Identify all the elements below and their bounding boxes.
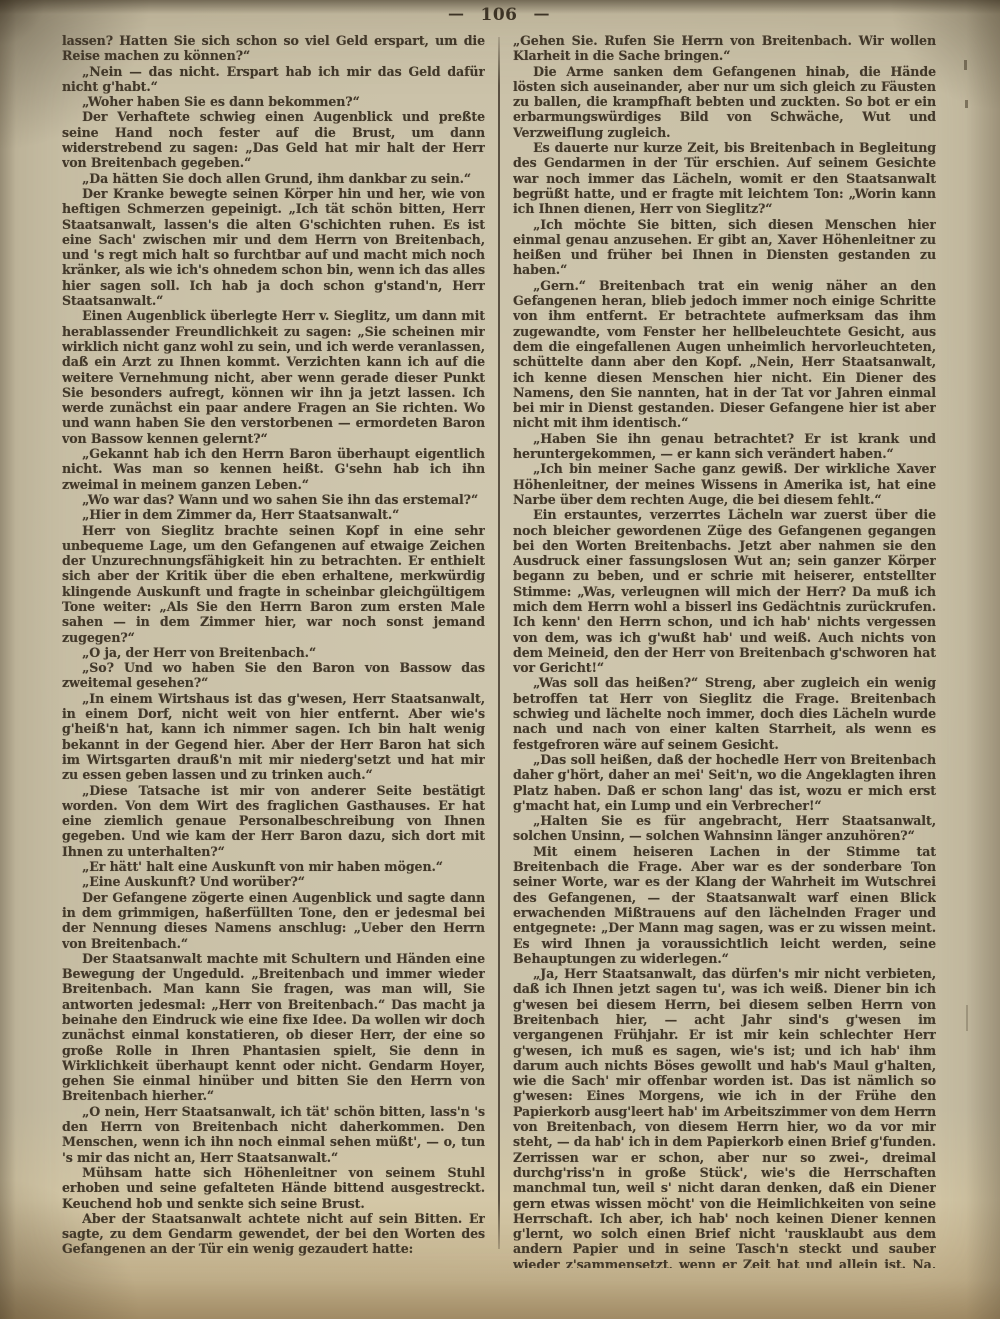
paragraph: Herr von Sieglitz brachte seinen Kopf in… — [62, 523, 485, 645]
paragraph: Der Verhaftete schwieg einen Augenblick … — [62, 109, 485, 170]
book-page-scan: —106— lassen? Hatten Sie sich schon so v… — [0, 0, 1000, 1319]
page-speck — [964, 60, 967, 70]
text-column-left: lassen? Hatten Sie sich schon so viel Ge… — [62, 33, 485, 1268]
paragraph: „Wo war das? Wann und wo sahen Sie ihn d… — [62, 492, 485, 507]
page-speck — [965, 100, 968, 108]
paragraph: „Gehen Sie. Rufen Sie Herrn von Breitenb… — [513, 33, 936, 64]
paragraph: „Diese Tatsache ist mir von anderer Seit… — [62, 783, 485, 859]
paragraph: „Das soll heißen, daß der hochedle Herr … — [513, 752, 936, 813]
paragraph: Es dauerte nur kurze Zeit, bis Breitenba… — [513, 140, 936, 216]
text-column-right: „Gehen Sie. Rufen Sie Herrn von Breitenb… — [513, 33, 936, 1268]
page-number: 106 — [481, 5, 518, 25]
paragraph: Die Arme sanken dem Gefangenen hinab, di… — [513, 64, 936, 140]
paragraph: lassen? Hatten Sie sich schon so viel Ge… — [62, 33, 485, 64]
header-dash-left: — — [448, 4, 465, 23]
paragraph: „Halten Sie es für angebracht, Herr Staa… — [513, 813, 936, 844]
paragraph: Der Kranke bewegte seinen Körper hin und… — [62, 186, 485, 308]
paragraph: Ein erstauntes, verzerrtes Lächeln war z… — [513, 507, 936, 675]
paragraph: „O nein, Herr Staatsanwalt, ich tät' sch… — [62, 1104, 485, 1165]
paragraph: „Woher haben Sie es dann bekommen?“ — [62, 94, 485, 109]
paragraph: „Ich bin meiner Sache ganz gewiß. Der wi… — [513, 461, 936, 507]
paragraph: „Er hätt' halt eine Auskunft von mir hab… — [62, 859, 485, 874]
paragraph: „So? Und wo haben Sie den Baron von Bass… — [62, 660, 485, 691]
header-dash-right: — — [534, 4, 551, 23]
paragraph: „Haben Sie ihn genau betrachtet? Er ist … — [513, 431, 936, 462]
page-header: —106— — [62, 5, 936, 25]
paragraph: „Gekannt hab ich den Herrn Baron überhau… — [62, 446, 485, 492]
paragraph: „Ich möchte Sie bitten, sich diesen Mens… — [513, 217, 936, 278]
paragraph: „In einem Wirtshaus ist das g'wesen, Her… — [62, 691, 485, 783]
paragraph: „Was soll das heißen?“ Streng, aber zugl… — [513, 675, 936, 751]
paragraph: Der Gefangene zögerte einen Augenblick u… — [62, 890, 485, 951]
paragraph: Mühsam hatte sich Höhenleitner von seine… — [62, 1165, 485, 1211]
paragraph: Einen Augenblick überlegte Herr v. Siegl… — [62, 308, 485, 446]
column-divider-rule — [498, 37, 500, 1249]
paragraph: Mit einem heiseren Lachen in der Stimme … — [513, 844, 936, 966]
page-speck — [966, 1005, 968, 1031]
paragraph: „Gern.“ Breitenbach trat ein wenig näher… — [513, 278, 936, 431]
paragraph: Aber der Staatsanwalt achtete nicht auf … — [62, 1211, 485, 1257]
paragraph: Der Staatsanwalt machte mit Schultern un… — [62, 951, 485, 1104]
paragraph: „Eine Auskunft? Und worüber?“ — [62, 874, 485, 889]
paragraph: „Hier in dem Zimmer da, Herr Staatsanwal… — [62, 507, 485, 522]
paragraph: „O ja, der Herr von Breitenbach.“ — [62, 645, 485, 660]
text-columns: lassen? Hatten Sie sich schon so viel Ge… — [62, 33, 936, 1273]
paragraph: „Da hätten Sie doch allen Grund, ihm dan… — [62, 171, 485, 186]
paragraph: „Ja, Herr Staatsanwalt, das dürfen's mir… — [513, 966, 936, 1268]
paragraph: „Nein — das nicht. Erspart hab ich mir d… — [62, 64, 485, 95]
